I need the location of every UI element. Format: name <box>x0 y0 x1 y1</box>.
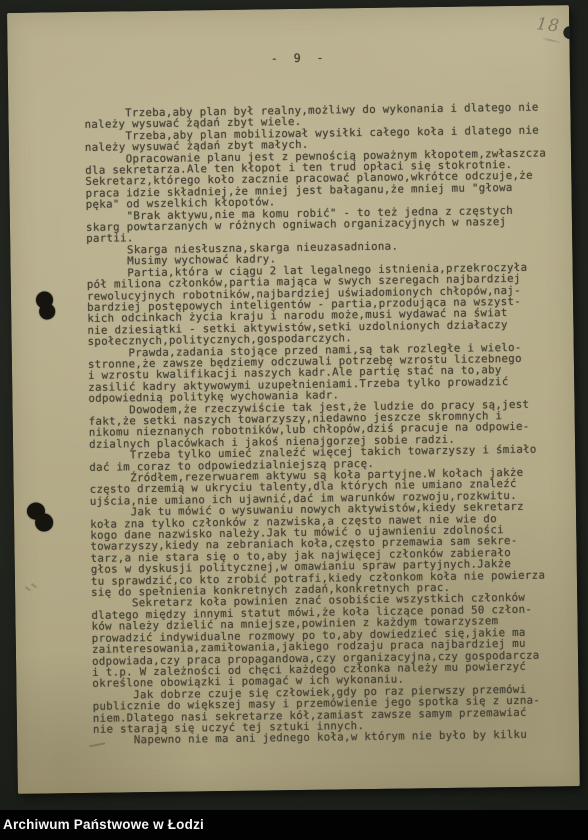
pencil-page-annotation: 18 <box>535 14 561 36</box>
typed-body-text: Trzeba,aby plan był realny,możliwy do wy… <box>84 101 575 746</box>
archive-watermark-band: Archiwum Państwowe w Łodzi <box>0 810 588 840</box>
ink-blot <box>39 303 55 319</box>
pencil-tick-mark <box>31 583 37 588</box>
pencil-flourish-mark <box>542 37 562 43</box>
pencil-tick-mark <box>25 586 31 591</box>
ink-blot <box>35 513 53 531</box>
scanned-page: - 9 - Trzeba,aby plan był realny,możliwy… <box>7 5 580 794</box>
printed-page-number: - 9 - <box>243 50 353 66</box>
archive-watermark-label: Archiwum Państwowe w Łodzi <box>3 817 204 832</box>
